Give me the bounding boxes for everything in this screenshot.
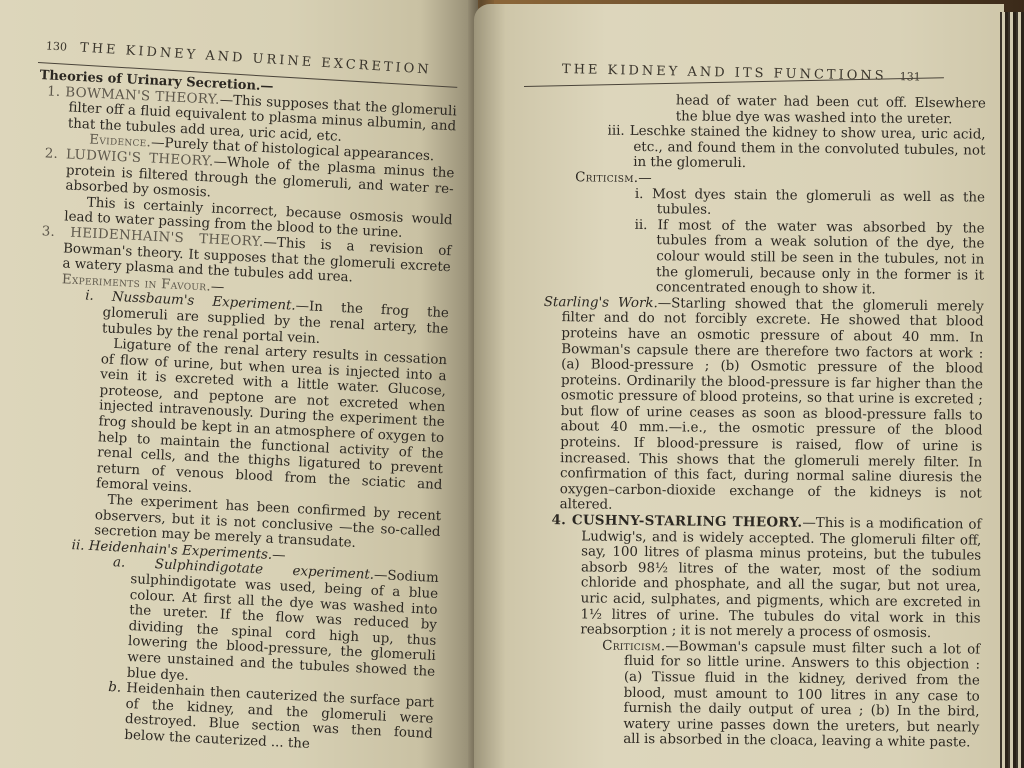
paragraph-criticism-i: i. Most dyes stain the glomeruli as well… — [545, 186, 985, 222]
left-page: 130 THE KIDNEY AND URINE EXCRETION Theor… — [0, 0, 478, 768]
paragraph-leschke: iii. Leschke stained the kidney to show … — [545, 123, 985, 174]
left-page-number: 130 — [46, 39, 68, 53]
paragraph-starling: Starling's Work.—Starling showed that th… — [542, 295, 984, 518]
paragraph-criticism-ii: ii. If most of the water was absorbed by… — [544, 217, 985, 300]
paragraph-cushny-starling: 4. CUSHNY-STARLING THEORY.—This is a mod… — [540, 513, 981, 642]
right-page-text: head of water had been cut off. Elsewher… — [539, 92, 986, 752]
paragraph-continued: head of water had been cut off. Elsewher… — [546, 92, 986, 128]
right-running-head-title: THE KIDNEY AND ITS FUNCTIONS — [562, 62, 887, 84]
book-page-edges — [1000, 12, 1024, 768]
paragraph-sulphindigotate: a. Sulphindigotate experiment.—Sodium su… — [17, 551, 439, 696]
paragraph-ligature: Ligature of the renal artery results in … — [24, 333, 448, 509]
left-page-text: Theories of Urinary Secretion.— 1. BOWMA… — [14, 68, 457, 758]
paragraph-criticism-2: Criticism.—Bowman's capsule must filter … — [539, 638, 980, 752]
right-page: THE KIDNEY AND ITS FUNCTIONS 131 head of… — [474, 4, 1004, 768]
